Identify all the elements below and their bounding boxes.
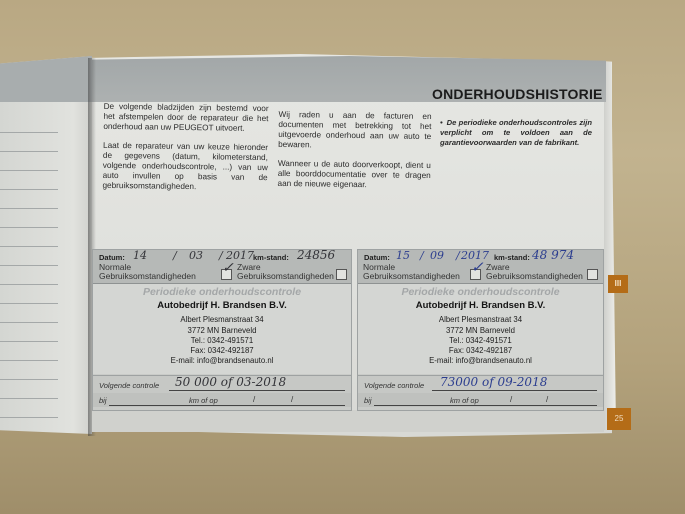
underline bbox=[374, 405, 597, 406]
page-title: ONDERHOUDSHISTORIE bbox=[432, 86, 603, 102]
date-day: 14 bbox=[133, 249, 147, 262]
ruled-line bbox=[0, 398, 58, 399]
garage-tel: Tel.: 0342-491571 bbox=[93, 336, 351, 345]
km-of-op-label: km of op bbox=[450, 396, 479, 405]
garage-email: E-mail: info@brandsenauto.nl bbox=[93, 356, 351, 365]
next-control-value: 50 000 of 03-2018 bbox=[175, 375, 286, 389]
normal-use-checkbox[interactable]: ✓ bbox=[221, 269, 232, 280]
normal-use-label: Normale Gebruiksomstandigheden bbox=[99, 263, 209, 281]
ruled-line bbox=[0, 208, 58, 209]
garage-stamp: Periodieke onderhoudscontrole Autobedrij… bbox=[93, 284, 351, 374]
heavy-use-label: Zware Gebruiksomstandigheden bbox=[237, 263, 333, 281]
chapter-tab: III bbox=[608, 275, 628, 293]
next-control-row: Volgende controle 50 000 of 03-2018 bbox=[93, 375, 351, 393]
check-mark-icon: ✓ bbox=[222, 264, 234, 273]
stamp-heading: Periodieke onderhoudscontrole bbox=[358, 286, 603, 298]
intro-paragraph: Laat de reparateur van uw keuze hieronde… bbox=[102, 141, 268, 193]
km-of-op-label: km of op bbox=[189, 396, 218, 405]
km-stand-label: km-stand: bbox=[253, 253, 289, 262]
ruled-line bbox=[0, 170, 58, 171]
ruled-line bbox=[0, 284, 58, 285]
date-slash: / bbox=[510, 395, 512, 404]
ruled-line bbox=[0, 246, 58, 247]
next-control-label: Volgende controle bbox=[99, 381, 159, 390]
warranty-note-text: De periodieke onderhoudscontroles zijn v… bbox=[440, 118, 592, 147]
next-control-row: Volgende controle 73000 of 09-2018 bbox=[358, 375, 603, 393]
ruled-line bbox=[0, 360, 58, 361]
datum-label: Datum: bbox=[364, 253, 390, 262]
date-month: 03 bbox=[189, 249, 203, 262]
underline bbox=[432, 390, 597, 391]
date-slash: / bbox=[456, 249, 460, 262]
garage-tel: Tel.: 0342-491571 bbox=[358, 336, 603, 345]
ruled-line bbox=[0, 341, 58, 342]
service-entry-2: Datum: 15 / 09 / 2017 km-stand: 48 974 N… bbox=[357, 249, 604, 411]
date-slash: / bbox=[253, 395, 255, 404]
bij-row: bij km of op / / bbox=[93, 393, 351, 407]
bottom-strip bbox=[92, 410, 604, 432]
km-stand-label: km-stand: bbox=[494, 253, 530, 262]
intro-paragraph: De volgende bladzijden zijn bestemd voor… bbox=[103, 102, 268, 134]
garage-stamp: Periodieke onderhoudscontrole Autobedrij… bbox=[358, 284, 603, 374]
garage-fax: Fax: 0342-492187 bbox=[358, 346, 603, 355]
ruled-line bbox=[0, 151, 58, 152]
date-slash: / bbox=[291, 395, 293, 404]
date-month: 09 bbox=[430, 249, 444, 262]
date-slash: / bbox=[546, 395, 548, 404]
left-page bbox=[0, 56, 92, 434]
date-slash: / bbox=[420, 249, 424, 262]
intro-paragraph: Wij raden u aan de facturen en documente… bbox=[278, 110, 432, 152]
normal-use-label: Normale Gebruiksomstandigheden bbox=[363, 263, 473, 281]
ruled-line bbox=[0, 379, 58, 380]
ruled-line bbox=[0, 189, 58, 190]
bullet: • bbox=[440, 118, 443, 127]
garage-name: Autobedrijf H. Brandsen B.V. bbox=[93, 300, 351, 311]
service-entry-1: Datum: 14 / 03 / 2017 km-stand: 24856 No… bbox=[92, 249, 352, 411]
date-slash: / bbox=[173, 249, 177, 262]
km-stand-value: 48 974 bbox=[532, 248, 574, 262]
bij-label: bij bbox=[364, 396, 372, 405]
garage-name: Autobedrijf H. Brandsen B.V. bbox=[358, 300, 603, 311]
ruled-line bbox=[0, 417, 58, 418]
ruled-line bbox=[0, 227, 58, 228]
ruled-line bbox=[0, 265, 58, 266]
datum-label: Datum: bbox=[99, 253, 125, 262]
check-mark-icon: ✓ bbox=[471, 263, 484, 272]
garage-street: Albert Plesmanstraat 34 bbox=[358, 315, 603, 324]
ruled-line bbox=[0, 303, 58, 304]
garage-fax: Fax: 0342-492187 bbox=[93, 346, 351, 355]
bij-label: bij bbox=[99, 396, 107, 405]
entry-header: Datum: 14 / 03 / 2017 km-stand: 24856 No… bbox=[93, 250, 351, 284]
intro-column-2: Wij raden u aan de facturen en documente… bbox=[277, 110, 431, 200]
underline bbox=[109, 405, 345, 406]
stamp-heading: Periodieke onderhoudscontrole bbox=[93, 286, 351, 298]
left-page-header-band bbox=[0, 56, 92, 102]
heavy-use-label: Zware Gebruiksomstandigheden bbox=[486, 263, 582, 281]
warranty-note: •De periodieke onderhoudscontroles zijn … bbox=[440, 118, 592, 148]
garage-street: Albert Plesmanstraat 34 bbox=[93, 315, 351, 324]
ruled-line bbox=[0, 132, 58, 133]
heavy-use-checkbox[interactable] bbox=[587, 269, 598, 280]
underline bbox=[169, 390, 345, 391]
intro-column-1: De volgende bladzijden zijn bestemd voor… bbox=[102, 102, 268, 202]
bij-row: bij km of op / / bbox=[358, 393, 603, 407]
next-control-label: Volgende controle bbox=[364, 381, 424, 390]
date-day: 15 bbox=[396, 249, 410, 262]
ruled-line bbox=[0, 322, 58, 323]
garage-city: 3772 MN Barneveld bbox=[93, 326, 351, 335]
garage-email: E-mail: info@brandsenauto.nl bbox=[358, 356, 603, 365]
km-stand-value: 24856 bbox=[297, 248, 335, 262]
page-number: 25 bbox=[607, 408, 631, 430]
normal-use-checkbox[interactable]: ✓ bbox=[470, 269, 481, 280]
heavy-use-checkbox[interactable] bbox=[336, 269, 347, 280]
entry-header: Datum: 15 / 09 / 2017 km-stand: 48 974 N… bbox=[358, 250, 603, 284]
intro-paragraph: Wanneer u de auto doorverkoopt, dient u … bbox=[278, 159, 431, 191]
garage-city: 3772 MN Barneveld bbox=[358, 326, 603, 335]
next-control-value: 73000 of 09-2018 bbox=[440, 375, 547, 389]
